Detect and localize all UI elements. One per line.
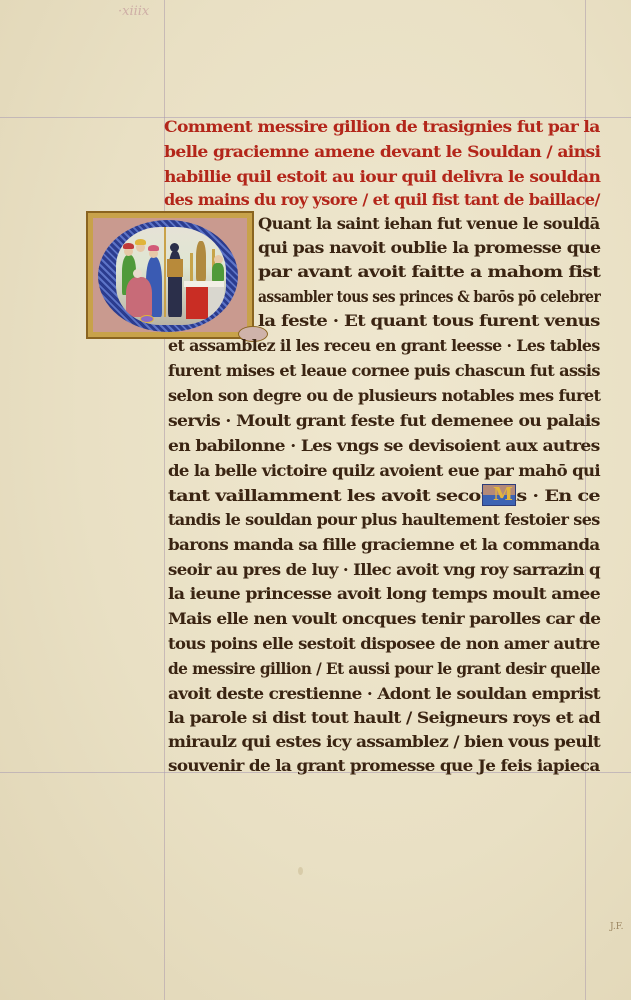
knight-helmet — [170, 243, 179, 252]
text-line: miraulz qui estes icy assamblez / bien v… — [168, 732, 600, 752]
pink-hat — [148, 245, 159, 251]
initial-letter: M — [493, 484, 513, 505]
text-line: en babilonne · Les vngs se devisoient au… — [168, 436, 600, 456]
altar — [186, 285, 208, 319]
rubric-line: des mains du roy ysore / et quil fist ta… — [164, 190, 600, 210]
text-line: la feste · Et quant tous furent venus — [258, 311, 600, 331]
text-line: de messire gillion / Et aussi pour le gr… — [168, 659, 600, 679]
kneeling-figure — [126, 277, 152, 317]
text-line: tous poins elle sestoit disposee de non … — [168, 634, 600, 654]
folio-number-top: ·xiiix — [118, 4, 149, 19]
lance — [164, 227, 166, 317]
miniature-scene — [116, 227, 226, 325]
text-line: la parole si dist tout hault / Seigneurs… — [168, 708, 600, 728]
candlestick — [190, 253, 193, 281]
text-line: assambler tous ses princes & barōs pō ce… — [258, 287, 600, 307]
text-line: Mais elle nen voult oncques tenir paroll… — [168, 609, 600, 629]
historiated-initial — [86, 211, 254, 339]
golden-idol — [196, 241, 206, 281]
decorated-initial-m: M — [482, 484, 516, 506]
text-line: de la belle victoire quilz avoient eue p… — [168, 461, 600, 481]
text-line: qui pas navoit oublie la promesse que — [258, 238, 600, 258]
knight-tunic — [167, 259, 183, 277]
text-line: par avant avoit faitte a mahom fist — [258, 262, 600, 282]
text-line: seoir au pres de luy · Illec avoit vng r… — [168, 560, 600, 580]
text-line: Quant la saint iehan fut venue le souldā — [258, 214, 600, 234]
text-line: selon son degre ou de plusieurs notables… — [168, 386, 600, 406]
text-line: furent mises et leaue cornee puis chascu… — [168, 361, 600, 381]
text-line: tandis le souldan pour plus haultement f… — [168, 510, 600, 530]
text-line: barons manda sa fille graciemne et la co… — [168, 535, 600, 555]
yellow-hat — [135, 239, 146, 245]
red-hat — [123, 243, 134, 249]
crown-icon — [140, 315, 154, 323]
text-line: tant vaillamment les avoit secourus · En… — [168, 486, 600, 506]
parchment-stain — [298, 867, 303, 875]
quire-signature: J.F. — [610, 922, 623, 932]
text-line: souvenir de la grant promesse que Je fei… — [168, 756, 600, 776]
figure-green-right — [212, 263, 224, 281]
text-line: avoit deste crestienne · Adont le soulda… — [168, 684, 600, 704]
kneeling-figure-head — [133, 269, 142, 278]
manuscript-page: ·xiiix J.F. Comment messire gillion de t… — [0, 0, 631, 1000]
text-line: la ieune princesse avoit long temps moul… — [168, 584, 600, 604]
text-line: et assamblez il les receu en grant leess… — [168, 336, 600, 356]
rubric-line: belle graciemne amene devant le Souldan … — [164, 142, 600, 162]
text-line: servis · Moult grant feste fut demenee o… — [168, 411, 600, 431]
rubric-line: habillie quil estoit au iour quil delivr… — [164, 167, 600, 187]
altar-side — [208, 287, 224, 319]
rubric-line: Comment messire gillion de trasignies fu… — [164, 117, 600, 137]
